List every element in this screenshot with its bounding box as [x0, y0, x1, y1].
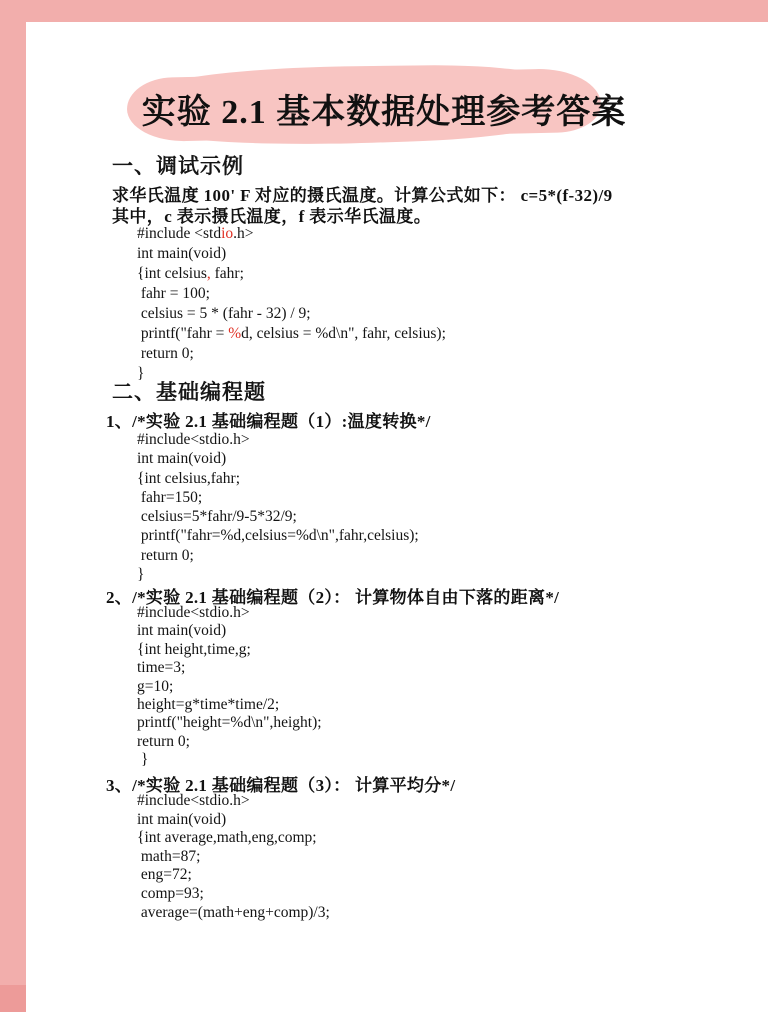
code-line: return 0; [137, 733, 322, 751]
code-line: eng=72; [137, 866, 330, 885]
code-line: int main(void) [137, 622, 322, 640]
code-line: {int average,math,eng,comp; [137, 829, 330, 848]
code-line: height=g*time*time/2; [137, 696, 322, 714]
code-line: {int celsius,fahr; [137, 469, 419, 488]
code-line: fahr=150; [137, 488, 419, 507]
code-line: fahr = 100; [137, 284, 446, 304]
pink-edge-left [0, 0, 26, 985]
code-line: celsius=5*fahr/9-5*32/9; [137, 507, 419, 526]
section2-heading: 二、基础编程题 [112, 376, 266, 406]
code-line: celsius = 5 * (fahr - 32) / 9; [137, 304, 446, 324]
code-line: } [137, 751, 322, 769]
code-line: int main(void) [137, 244, 446, 264]
code-line: return 0; [137, 546, 419, 565]
code-line: printf("fahr = %d, celsius = %d\n", fahr… [137, 324, 446, 344]
pink-corner-block [0, 985, 26, 1012]
section1-heading: 一、调试示例 [112, 150, 244, 180]
code-line: int main(void) [137, 811, 330, 830]
code-block-item3: #include<stdio.h>int main(void){int aver… [137, 792, 330, 922]
code-red-segment: io [221, 225, 233, 242]
code-line: } [137, 565, 419, 584]
code-line: time=3; [137, 659, 322, 677]
code-line: {int celsius, fahr; [137, 264, 446, 284]
code-line: #include<stdio.h> [137, 792, 330, 811]
document-page: 实验 2.1 基本数据处理参考答案 一、调试示例 求华氏温度 100' F 对应… [0, 0, 768, 1024]
code-line: return 0; [137, 344, 446, 364]
code-line: printf("fahr=%d,celsius=%d\n",fahr,celsi… [137, 526, 419, 545]
code-line: g=10; [137, 678, 322, 696]
code-line: #include<stdio.h> [137, 430, 419, 449]
code-red-segment: % [228, 325, 241, 342]
code-line: printf("height=%d\n",height); [137, 714, 322, 732]
item1-heading: 1、/*实验 2.1 基础编程题（1）:温度转换*/ [106, 407, 431, 432]
code-line: math=87; [137, 848, 330, 867]
code-line: #include<stdio.h> [137, 604, 322, 622]
code-block-item2: #include<stdio.h>int main(void){int heig… [137, 604, 322, 770]
code-block-item1: #include<stdio.h>int main(void){int cels… [137, 430, 419, 584]
code-line: average=(math+eng+comp)/3; [137, 904, 330, 923]
pink-edge-top [0, 0, 768, 22]
code-block-debug-example: #include <stdio.h>int main(void){int cel… [137, 224, 446, 384]
code-line: int main(void) [137, 449, 419, 468]
code-line: #include <stdio.h> [137, 224, 446, 244]
page-title: 实验 2.1 基本数据处理参考答案 [0, 84, 768, 133]
code-line: comp=93; [137, 885, 330, 904]
code-line: {int height,time,g; [137, 641, 322, 659]
